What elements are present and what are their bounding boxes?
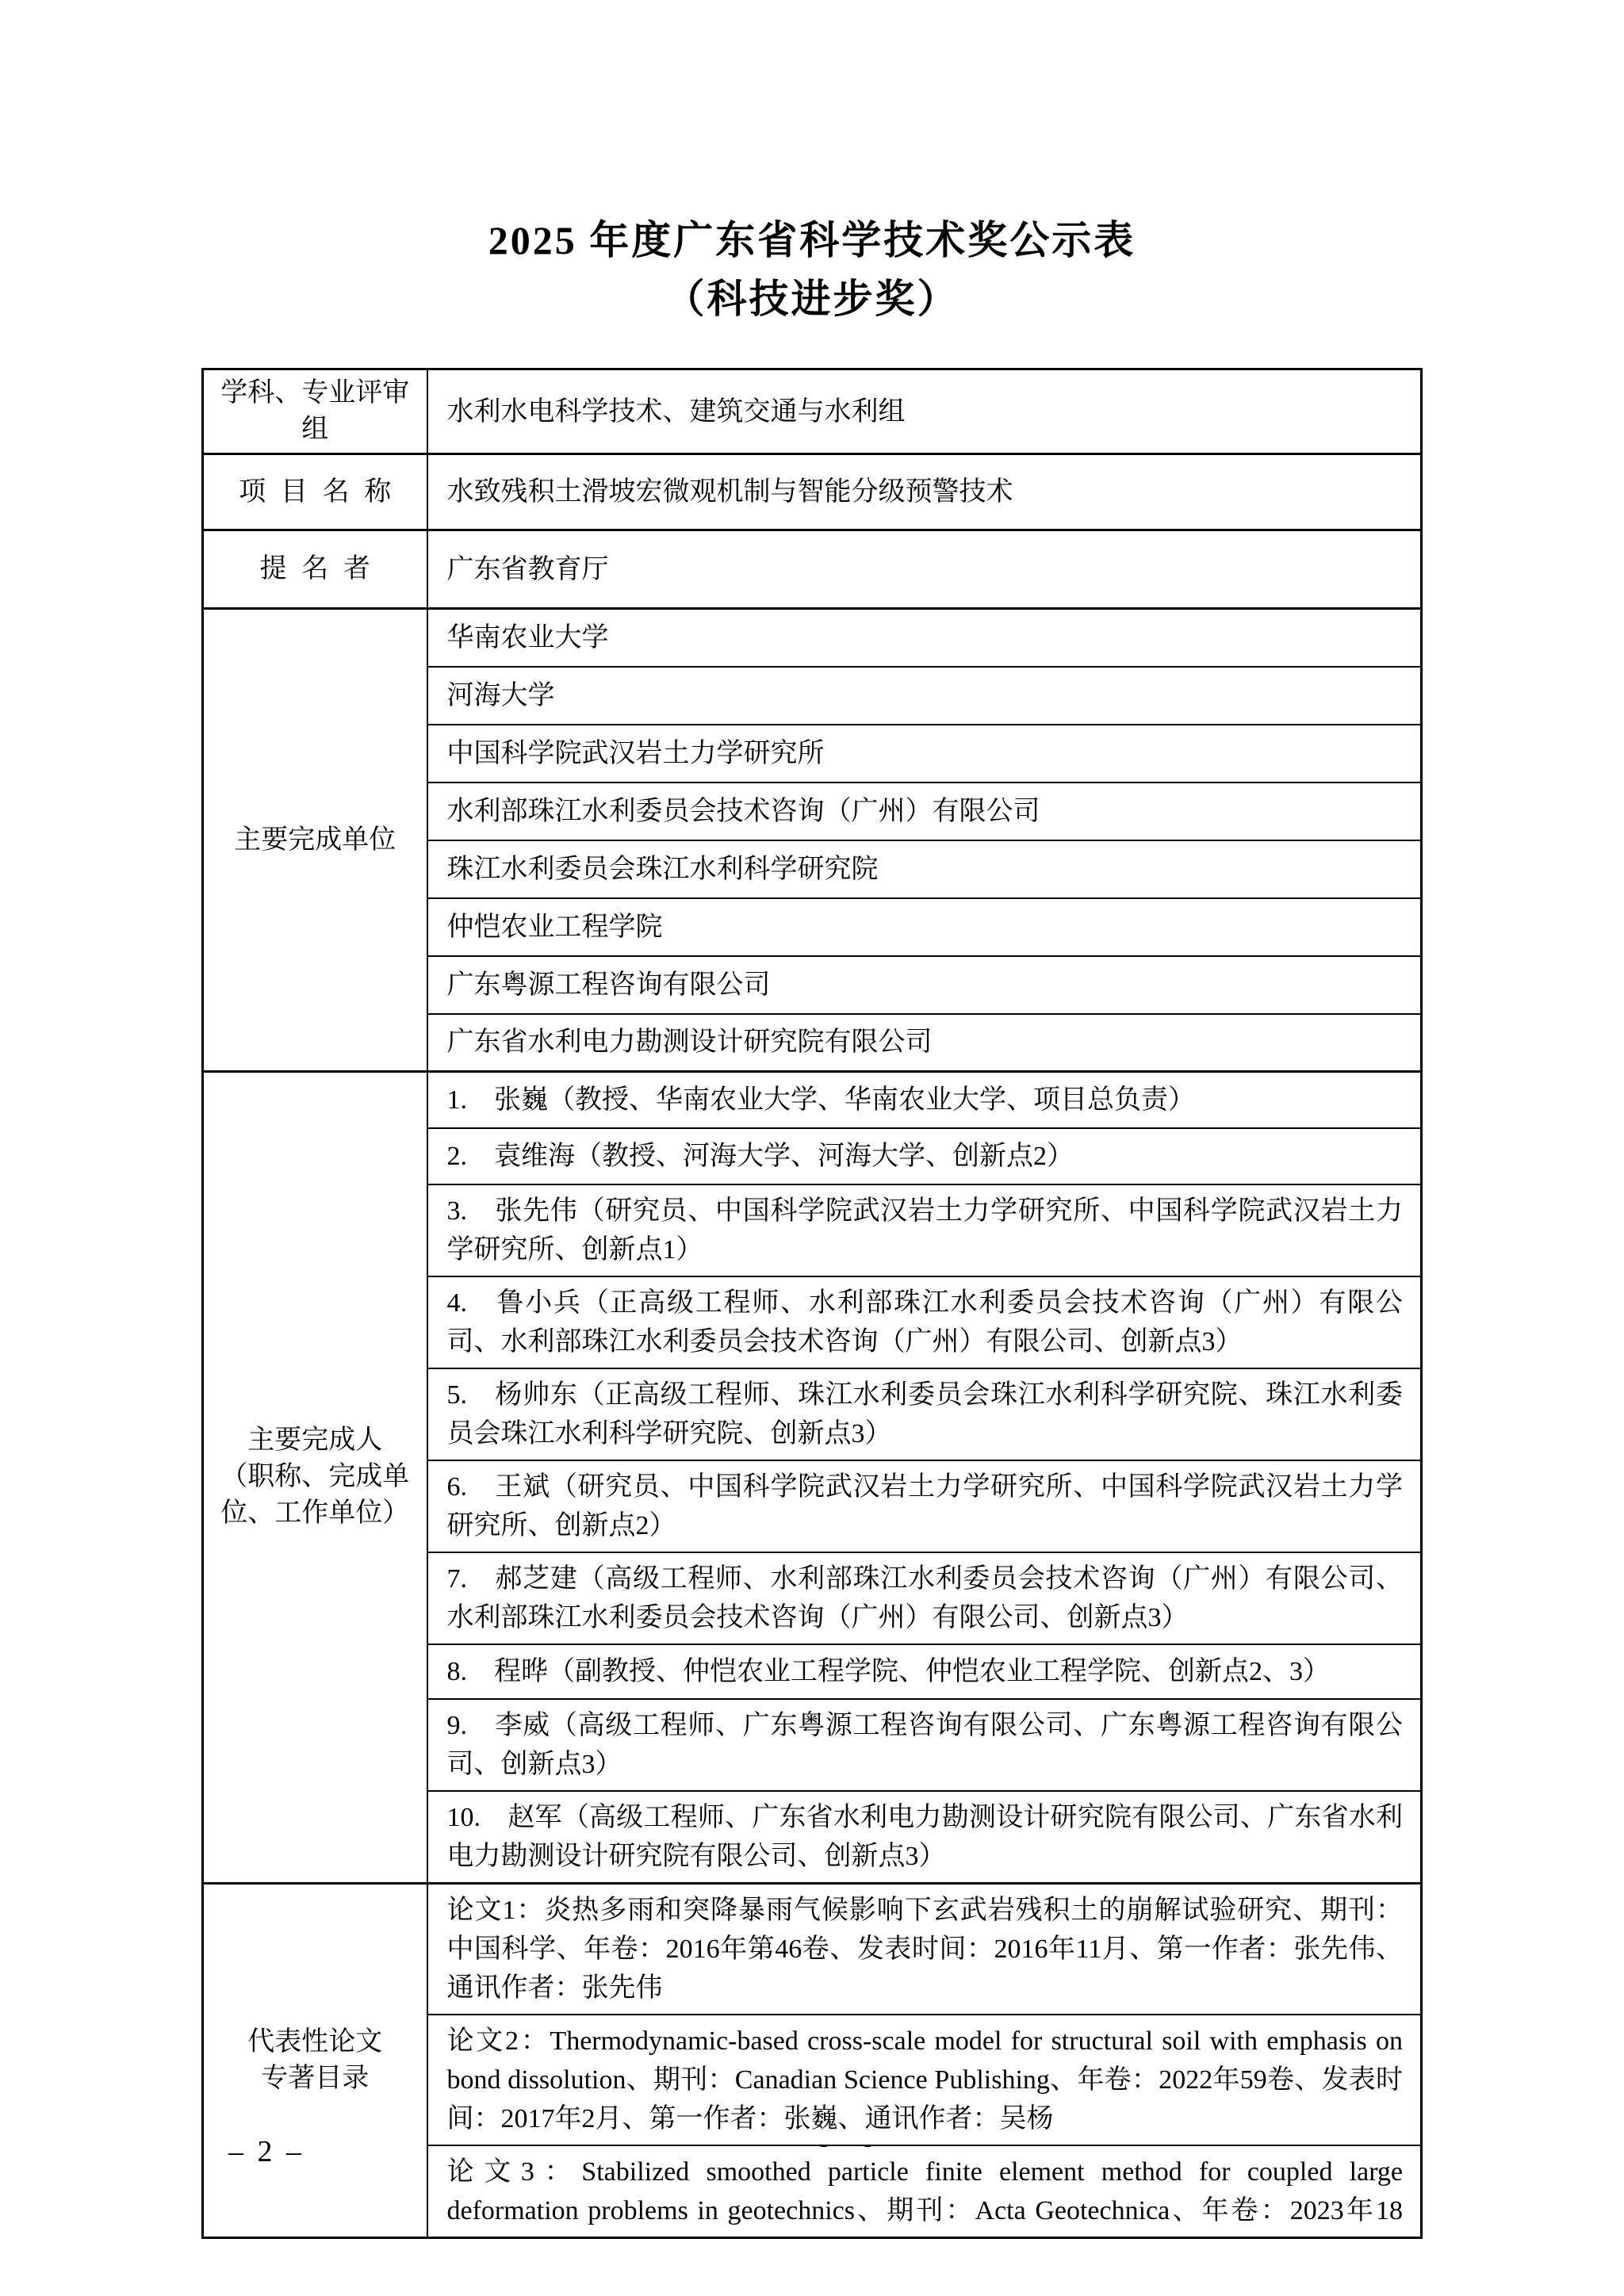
award-public-notice-table: 学科、专业评审组 水利水电科学技术、建筑交通与水利组 项目名称 水致残积土滑坡宏… — [201, 368, 1423, 2239]
contributor-row: 主要完成人 （职称、完成单位、工作单位） 1. 张巍（教授、华南农业大学、华南农… — [203, 1072, 1422, 1128]
contributor-value: 6. 王斌（研究员、中国科学院武汉岩土力学研究所、中国科学院武汉岩土力学研究所、… — [427, 1460, 1422, 1552]
contributor-value: 10. 赵军（高级工程师、广东省水利电力勘测设计研究院有限公司、广东省水利电力勘… — [427, 1791, 1422, 1884]
page-title-block: 2025 年度广东省科学技术奖公示表 （科技进步奖） — [0, 0, 1624, 328]
main-unit-value: 河海大学 — [427, 667, 1422, 725]
page-title: 2025 年度广东省科学技术奖公示表 — [0, 211, 1624, 270]
review-group-label: 学科、专业评审组 — [203, 369, 427, 454]
main-unit-value: 广东省水利电力勘测设计研究院有限公司 — [427, 1014, 1422, 1072]
main-unit-row: 主要完成单位 华南农业大学 — [203, 609, 1422, 667]
contributor-value: 5. 杨帅东（正高级工程师、珠江水利委员会珠江水利科学研究院、珠江水利委员会珠江… — [427, 1368, 1422, 1460]
paper-value: 论文3：Stabilized smoothed particle finite … — [427, 2145, 1422, 2238]
project-name-value: 水致残积土滑坡宏微观机制与智能分级预警技术 — [427, 454, 1422, 530]
table-row: 项目名称 水致残积土滑坡宏微观机制与智能分级预警技术 — [203, 454, 1422, 530]
table-row: 提名者 广东省教育厅 — [203, 530, 1422, 609]
contributor-value: 7. 郝芝建（高级工程师、水利部珠江水利委员会技术咨询（广州）有限公司、水利部珠… — [427, 1552, 1422, 1644]
contributors-label-line1: 主要完成人 — [213, 1422, 417, 1459]
main-unit-value: 华南农业大学 — [427, 609, 1422, 667]
table-row: 学科、专业评审组 水利水电科学技术、建筑交通与水利组 — [203, 369, 1422, 454]
footer-center-marks: - - — [820, 2131, 879, 2158]
papers-label-line1: 代表性论文 — [213, 2024, 417, 2061]
main-unit-value: 水利部珠江水利委员会技术咨询（广州）有限公司 — [427, 783, 1422, 840]
main-unit-value: 珠江水利委员会珠江水利科学研究院 — [427, 840, 1422, 898]
papers-label-line2: 专著目录 — [213, 2061, 417, 2097]
review-group-value: 水利水电科学技术、建筑交通与水利组 — [427, 369, 1422, 454]
contributor-value: 2. 袁维海（教授、河海大学、河海大学、创新点2） — [427, 1128, 1422, 1184]
contributor-value: 9. 李威（高级工程师、广东粤源工程咨询有限公司、广东粤源工程咨询有限公司、创新… — [427, 1699, 1422, 1791]
contributor-value: 4. 鲁小兵（正高级工程师、水利部珠江水利委员会技术咨询（广州）有限公司、水利部… — [427, 1276, 1422, 1368]
contributors-label-line2: （职称、完成单位、工作单位） — [213, 1459, 417, 1532]
main-unit-value: 仲恺农业工程学院 — [427, 898, 1422, 956]
contributors-label: 主要完成人 （职称、完成单位、工作单位） — [203, 1072, 427, 1884]
contributor-value: 8. 程晔（副教授、仲恺农业工程学院、仲恺农业工程学院、创新点2、3） — [427, 1644, 1422, 1699]
main-unit-value: 广东粤源工程咨询有限公司 — [427, 956, 1422, 1014]
page-subtitle: （科技进步奖） — [0, 270, 1624, 328]
paper-value-clipped-text: 论文3：Stabilized smoothed particle finite … — [447, 2152, 1404, 2230]
main-units-label: 主要完成单位 — [203, 609, 427, 1072]
project-name-label: 项目名称 — [203, 454, 427, 530]
main-unit-value: 中国科学院武汉岩土力学研究所 — [427, 725, 1422, 783]
nominator-label-text: 提名者 — [260, 554, 385, 584]
project-name-label-text: 项目名称 — [239, 477, 406, 507]
contributor-value: 3. 张先伟（研究员、中国科学院武汉岩土力学研究所、中国科学院武汉岩土力学研究所… — [427, 1184, 1422, 1276]
paper-value: 论文1：炎热多雨和突降暴雨气候影响下玄武岩残积土的崩解试验研究、期刊：中国科学、… — [427, 1883, 1422, 2015]
paper-row: 代表性论文 专著目录 论文1：炎热多雨和突降暴雨气候影响下玄武岩残积土的崩解试验… — [203, 1883, 1422, 2015]
papers-label: 代表性论文 专著目录 — [203, 1883, 427, 2237]
document-page: { "page": { "title_line1": "2025 年度广东省科学… — [0, 0, 1624, 2296]
paper-value: 论文2：Thermodynamic-based cross-scale mode… — [427, 2015, 1422, 2145]
footer-page-number: – 2 – — [228, 2134, 304, 2169]
nominator-value: 广东省教育厅 — [427, 530, 1422, 609]
contributor-value: 1. 张巍（教授、华南农业大学、华南农业大学、项目总负责） — [427, 1072, 1422, 1128]
nominator-label: 提名者 — [203, 530, 427, 609]
